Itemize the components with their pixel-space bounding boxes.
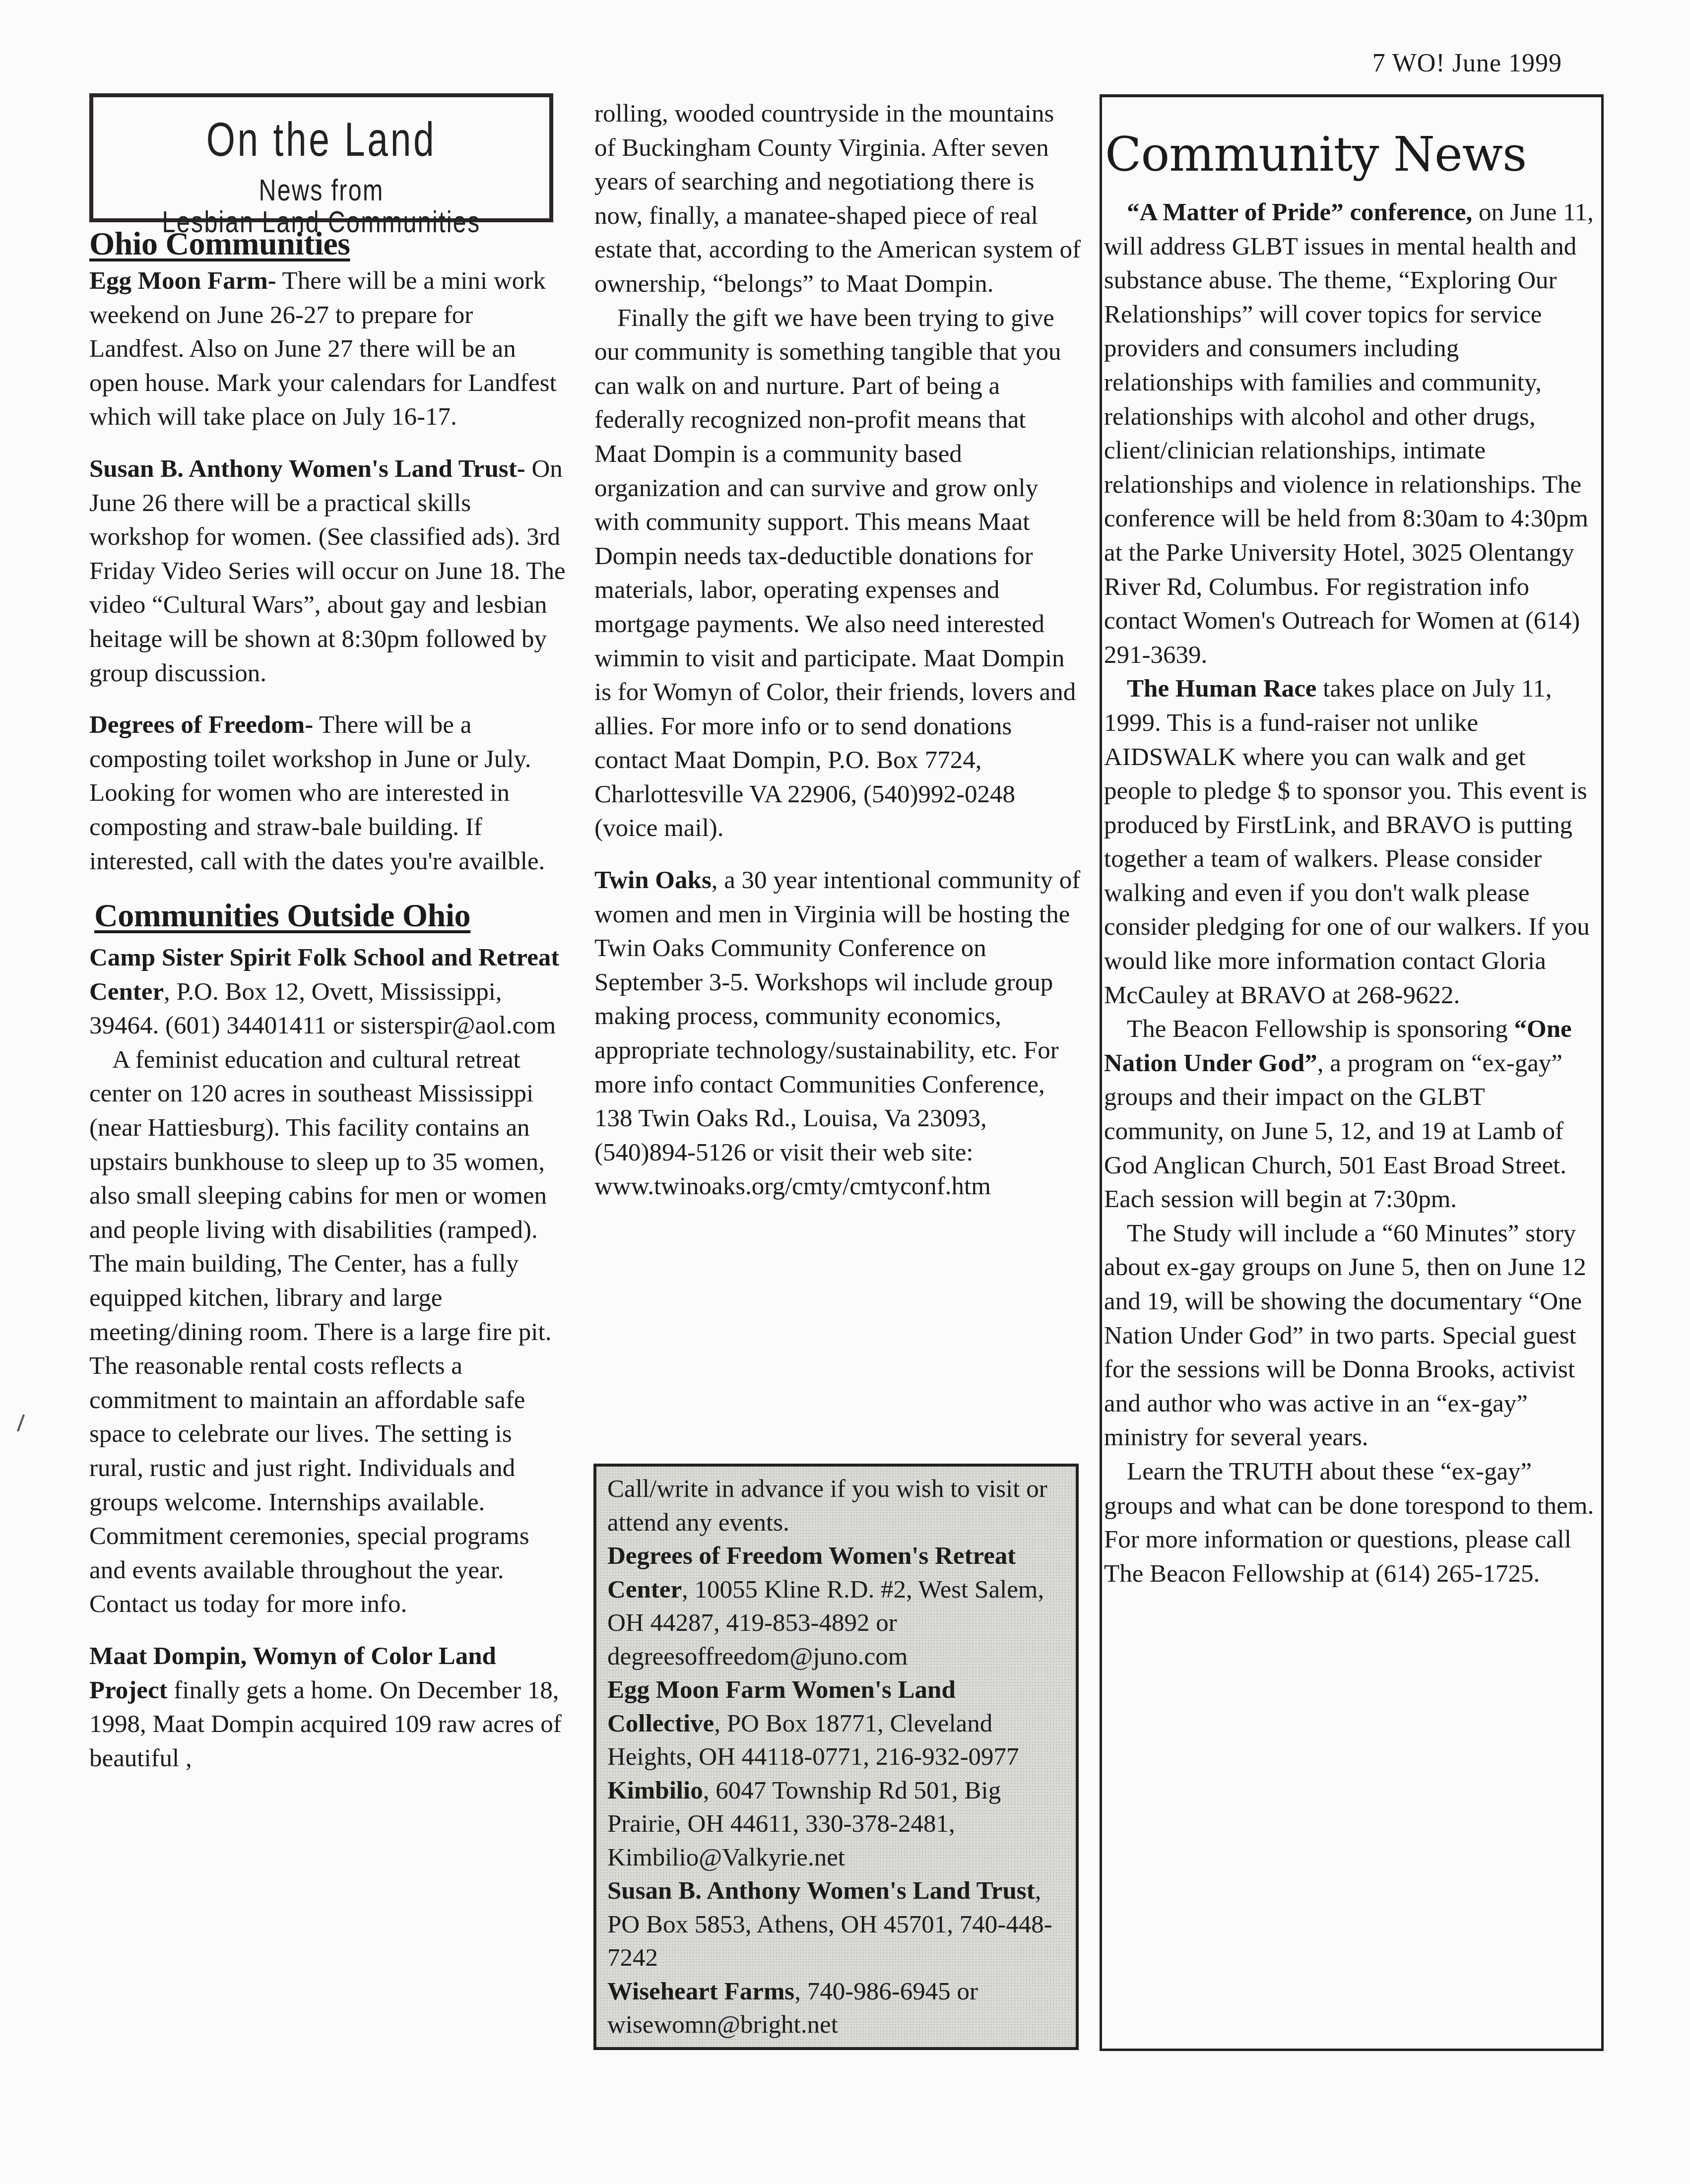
community-news-title: Community News: [1105, 127, 1594, 182]
camp-sister-spirit-item: Camp Sister Spirit Folk School and Retre…: [89, 941, 566, 1043]
twin-oaks-item: Twin Oaks, a 30 year intentional communi…: [594, 863, 1081, 1204]
item-name: Twin Oaks: [594, 866, 712, 894]
communities-outside-ohio-heading: Communities Outside Ohio: [94, 896, 566, 936]
susan-b-anthony-item: Susan B. Anthony Women's Land Trust- On …: [89, 452, 566, 690]
community-news-box: Community News “A Matter of Pride” confe…: [1100, 94, 1604, 2051]
contact-entry: Egg Moon Farm Women's Land Collective, P…: [607, 1673, 1066, 1774]
matter-of-pride-item: “A Matter of Pride” conference, on June …: [1104, 195, 1594, 672]
camp-sister-spirit-description: A feminist education and cultural retrea…: [89, 1043, 566, 1621]
page-folio: 7 WO! June 1999: [1372, 49, 1562, 78]
section-title: On the Land: [143, 116, 499, 164]
middle-column: rolling, wooded countryside in the mount…: [594, 97, 1081, 1204]
item-text: takes place on July 11, 1999. This is a …: [1104, 675, 1590, 1009]
item-name: “A Matter of Pride” conference,: [1127, 198, 1472, 226]
left-column: On the Land News from Lesbian Land Commu…: [89, 93, 566, 1775]
item-text: on June 11, will address GLBT issues in …: [1104, 198, 1594, 669]
contact-name: Kimbilio: [607, 1777, 703, 1804]
egg-moon-farm-item: Egg Moon Farm- There will be a mini work…: [89, 264, 566, 434]
item-name: The Human Race: [1127, 675, 1317, 703]
item-name: Degrees of Freedom-: [89, 711, 313, 739]
maat-dompin-gift: Finally the gift we have been trying to …: [594, 301, 1081, 846]
item-lead: The Beacon Fellowship is sponsoring: [1127, 1015, 1514, 1043]
contact-intro: Call/write in advance if you wish to vis…: [607, 1473, 1066, 1540]
section-subtitle-line2: Lesbian Land Communities: [143, 206, 499, 238]
contact-info-box: Call/write in advance if you wish to vis…: [593, 1464, 1079, 2050]
item-text: On June 26 there will be a practical ski…: [89, 455, 566, 687]
contact-entry: Kimbilio, 6047 Township Rd 501, Big Prai…: [607, 1774, 1066, 1875]
contact-name: Susan B. Anthony Women's Land Trust: [607, 1877, 1035, 1905]
scan-mark: [17, 1414, 25, 1431]
item-text: , a 30 year intentional community of wom…: [594, 866, 1080, 1200]
contact-entry: Wiseheart Farms, 740-986-6945 or wisewom…: [607, 1975, 1066, 2042]
item-name: Egg Moon Farm-: [89, 267, 276, 295]
study-item: The Study will include a “60 Minutes” st…: [1104, 1217, 1594, 1455]
maat-dompin-item: Maat Dompin, Womyn of Color Land Project…: [89, 1639, 566, 1775]
contact-name: Wiseheart Farms: [607, 1978, 794, 2005]
contact-entry: Degrees of Freedom Women's Retreat Cente…: [607, 1540, 1066, 1673]
on-the-land-title-box: On the Land News from Lesbian Land Commu…: [89, 93, 553, 222]
degrees-of-freedom-item: Degrees of Freedom- There will be a comp…: [89, 708, 566, 878]
contact-entry: Susan B. Anthony Women's Land Trust, PO …: [607, 1874, 1066, 1975]
maat-dompin-continued: rolling, wooded countryside in the mount…: [594, 97, 1081, 301]
learn-the-truth-item: Learn the TRUTH about these “ex-gay” gro…: [1104, 1455, 1594, 1591]
item-name: Susan B. Anthony Women's Land Trust-: [89, 455, 525, 483]
beacon-fellowship-item: The Beacon Fellowship is sponsoring “One…: [1104, 1012, 1594, 1217]
human-race-item: The Human Race takes place on July 11, 1…: [1104, 672, 1594, 1012]
section-subtitle-line1: News from: [143, 175, 499, 206]
